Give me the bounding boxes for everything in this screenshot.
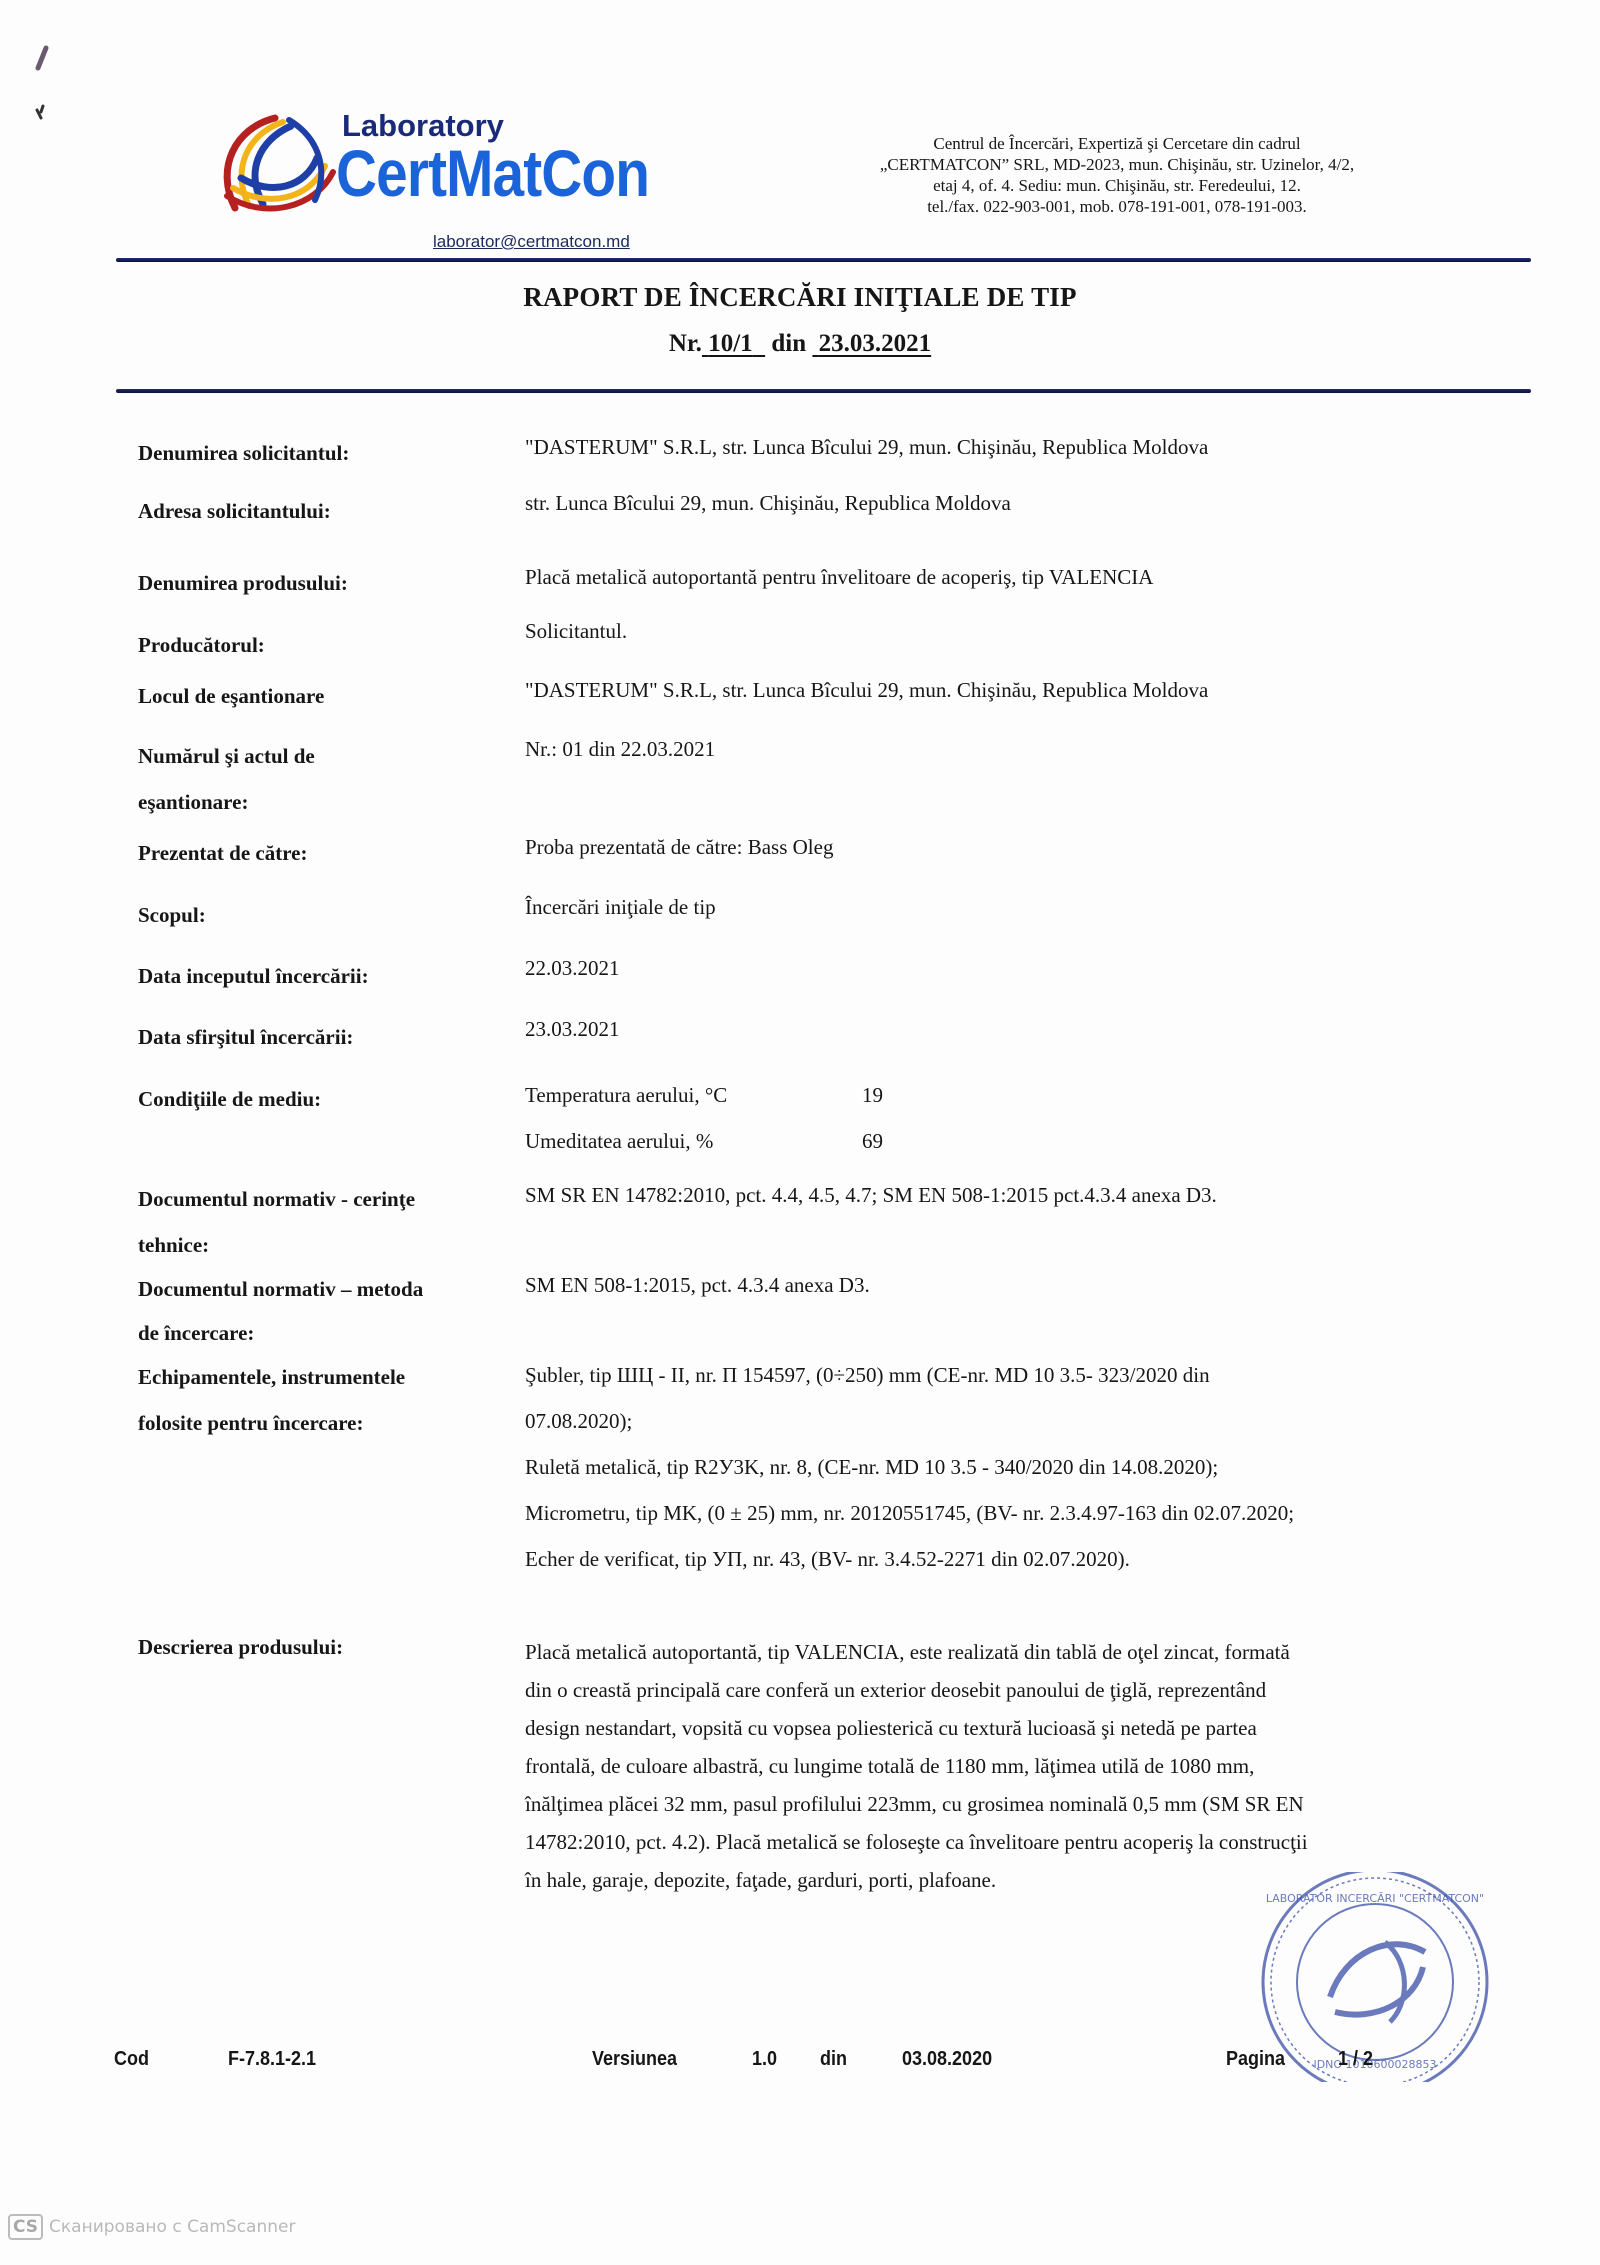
camscanner-logo-icon: CS [8,2214,43,2240]
description-label: Descrierea produsului: [138,1624,498,1670]
org-line: etaj 4, of. 4. Sediu: mun. Chişinău, str… [742,175,1492,196]
field-value-test-method: SM EN 508-1:2015, pct. 4.3.4 anexa D3. [525,1262,870,1308]
field-label: Scopul: [138,892,498,938]
version-date: 03.08.2020 [902,2048,992,2071]
svg-text:IDNO 1010600028853: IDNO 1010600028853 [1313,2058,1436,2071]
field-label: Data sfirşitul încercării: [138,1014,498,1060]
field-label: Data inceputul încercării: [138,953,498,999]
field-label: Locul de eşantionare [138,673,498,719]
email-link[interactable]: laborator@certmatcon.md [433,232,630,252]
field-label: Numărul şi actul de [138,733,498,779]
org-line: Centrul de Încercări, Expertiză şi Cerce… [742,133,1492,154]
field-value-start-date: 22.03.2021 [525,945,620,991]
equipment-line: Micrometru, tip MK, (0 ± 25) mm, nr. 201… [525,1490,1294,1536]
org-line: „CERTMATCON” SRL, MD-2023, mun. Chişinău… [742,154,1492,175]
svg-text:LABORATOR INCERCĂRI "CERTMATCO: LABORATOR INCERCĂRI "CERTMATCON" [1266,1892,1484,1905]
logo-brand-text: CertMatCon [336,140,649,206]
camscanner-watermark: CS Сканировано с CamScanner [8,2214,295,2240]
field-label-cont: eşantionare: [138,779,498,825]
report-number: Nr. 10/1 din 23.03.2021 [0,330,1600,358]
version-label: Versiunea [592,2048,677,2071]
equipment-line: Echer de verificat, tip УП, nr. 43, (BV-… [525,1536,1130,1582]
field-label-cont: folosite pentru încercare: [138,1400,498,1446]
report-date: 23.03.2021 [812,330,931,357]
field-value-sampling-act: Nr.: 01 din 22.03.2021 [525,726,715,772]
condition-value-temperature: 19 [862,1072,883,1118]
equipment-line: Şubler, tip ШЦ - II, nr. П 154597, (0÷25… [525,1352,1210,1398]
condition-name: Umeditatea aerului, % [525,1118,713,1164]
field-label: Documentul normativ - cerinţe [138,1176,498,1222]
page-number: 1 / 2 [1338,2048,1373,2071]
page-label: Pagina [1226,2048,1285,2071]
code-value: F-7.8.1-2.1 [228,2048,316,2071]
field-value-end-date: 23.03.2021 [525,1006,620,1052]
report-title: RAPORT DE ÎNCERCĂRI INIŢIALE DE TIP [0,282,1600,313]
field-value-applicant-address: str. Lunca Bîcului 29, mun. Chişinău, Re… [525,480,1011,526]
certmatcon-logo-icon [205,108,345,228]
field-label: Denumirea solicitantul: [138,430,498,476]
field-label: Documentul normativ – metoda [138,1266,498,1312]
field-label: Adresa solicitantului: [138,488,498,534]
watermark-text: Сканировано с CamScanner [49,2217,295,2237]
field-value-technical-standard: SM SR EN 14782:2010, pct. 4.4, 4.5, 4.7;… [525,1172,1217,1218]
field-label: Echipamentele, instrumentele [138,1354,498,1400]
version-din-label: din [820,2048,847,2071]
field-value-applicant-name: "DASTERUM" S.R.L, str. Lunca Bîcului 29,… [525,424,1208,470]
field-value-product-name: Placă metalică autoportantă pentru învel… [525,554,1153,600]
field-label-cont: tehnice: [138,1222,498,1268]
field-label-cont: de încercare: [138,1310,498,1356]
org-line: tel./fax. 022-903-001, mob. 078-191-001,… [742,196,1492,217]
field-label: Condiţiile de mediu: [138,1076,498,1122]
equipment-line: 07.08.2020); [525,1398,632,1444]
field-value-sampling-place: "DASTERUM" S.R.L, str. Lunca Bîcului 29,… [525,667,1208,713]
condition-value-humidity: 69 [862,1118,883,1164]
field-value-manufacturer: Solicitantul. [525,608,627,654]
nr-label: Nr. [669,330,702,357]
field-value-purpose: Încercări iniţiale de tip [525,884,716,930]
version-value: 1.0 [752,2048,777,2071]
din-label: din [771,330,806,357]
field-label: Prezentat de către: [138,830,498,876]
field-label: Denumirea produsului: [138,560,498,606]
header-divider [116,258,1531,262]
product-description: Placă metalică autoportantă, tip VALENCI… [525,1633,1525,1899]
field-value-presented-by: Proba prezentată de către: Bass Oleg [525,824,833,870]
pen-mark [28,40,58,120]
condition-name: Temperatura aerului, °C [525,1072,727,1118]
code-label: Cod [114,2048,149,2071]
nr-value: 10/1 [702,330,765,357]
equipment-line: Ruletă metalică, tip R2У3K, nr. 8, (CE-n… [525,1444,1218,1490]
title-divider [116,389,1531,393]
organization-info: Centrul de Încercări, Expertiză şi Cerce… [742,133,1492,217]
field-label: Producătorul: [138,622,498,668]
